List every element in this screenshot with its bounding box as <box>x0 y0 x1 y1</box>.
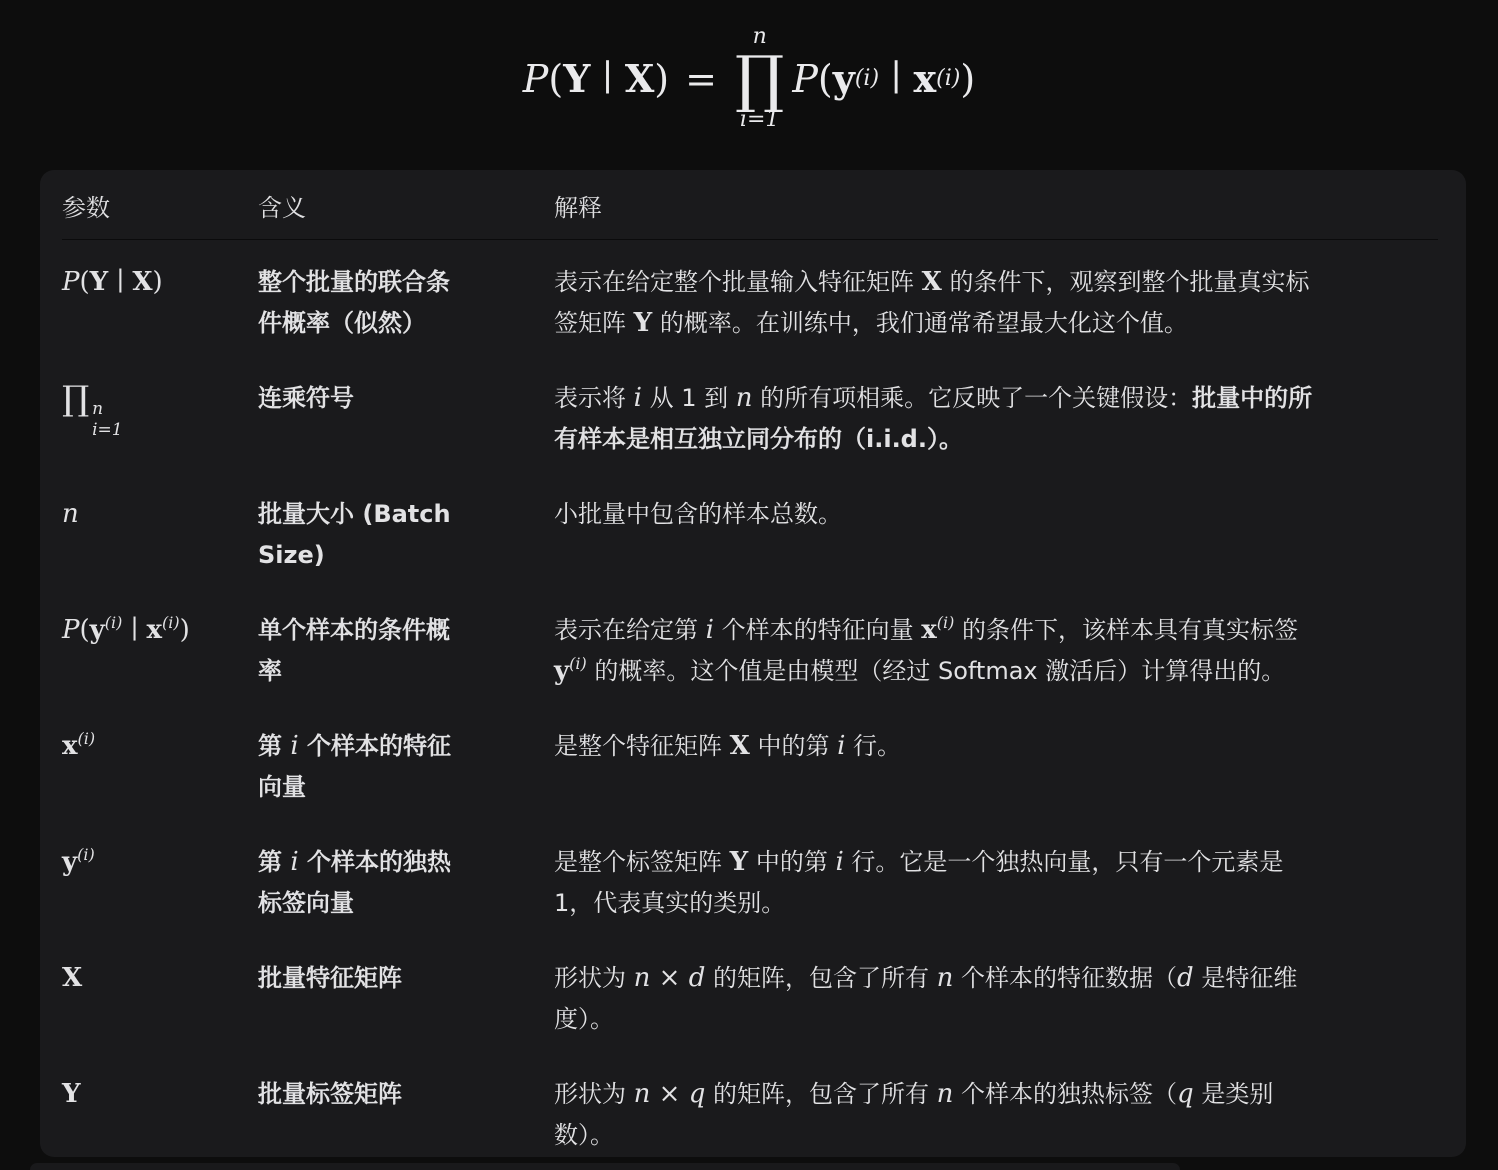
formula-paren: ( <box>548 60 563 98</box>
product-symbol: ∏ <box>735 50 784 109</box>
explanation-cell: 表示在给定整个批量输入特征矩阵 X 的条件下，观察到整个批量真实标签矩阵 Y 的… <box>554 240 1438 356</box>
param-cell: X <box>62 936 258 1052</box>
explanation-cell: 表示将 i 从 1 到 n 的所有项相乘。它反映了一个关键假设：批量中的所有样本… <box>554 356 1438 472</box>
column-header-meaning: 含义 <box>258 184 554 240</box>
meaning-cell: 第 i 个样本的独热标签向量 <box>258 820 554 936</box>
meaning-cell: 第 i 个样本的特征向量 <box>258 704 554 820</box>
formula-Y: Y <box>563 60 590 98</box>
formula-paren: ) <box>960 60 975 98</box>
explanation-cell: 是整个标签矩阵 Y 中的第 i 行。它是一个独热向量，只有一个元素是 1，代表真… <box>554 820 1438 936</box>
meaning-cell: 连乘符号 <box>258 356 554 472</box>
meaning-cell: 整个批量的联合条件概率（似然） <box>258 240 554 356</box>
formula-equals: = <box>685 60 717 98</box>
param-cell: x(i) <box>62 704 258 820</box>
explanation-cell: 形状为 n × d 的矩阵，包含了所有 n 个样本的特征数据（d 是特征维度）。 <box>554 936 1438 1052</box>
next-block-top-edge <box>30 1163 1180 1170</box>
formula-X: X <box>625 60 654 98</box>
parameter-table: 参数 含义 解释 P(Y ∣ X) 整个批量的联合条件概率（似然） 表示在给定整… <box>62 184 1438 1157</box>
meaning-cell: 单个样本的条件概率 <box>258 588 554 704</box>
param-cell: y(i) <box>62 820 258 936</box>
formula-mid-bar: ∣ <box>602 61 612 97</box>
explanation-cell: 表示在给定第 i 个样本的特征向量 x(i) 的条件下，该样本具有真实标签 y(… <box>554 588 1438 704</box>
param-cell: P(y(i) ∣ x(i)) <box>62 588 258 704</box>
column-header-explanation: 解释 <box>554 184 1438 240</box>
column-header-param: 参数 <box>62 184 258 240</box>
param-cell: Y <box>62 1052 258 1157</box>
parameter-table-panel: 参数 含义 解释 P(Y ∣ X) 整个批量的联合条件概率（似然） 表示在给定整… <box>40 170 1466 1157</box>
meaning-cell: 批量标签矩阵 <box>258 1052 554 1157</box>
param-cell: ∏ni=1 <box>62 356 258 472</box>
formula-P: P <box>523 60 549 98</box>
explanation-cell: 是整个特征矩阵 X 中的第 i 行。 <box>554 704 1438 820</box>
formula-mid-bar: ∣ <box>891 61 901 97</box>
formula-paren: ) <box>654 60 669 98</box>
param-cell: P(Y ∣ X) <box>62 240 258 356</box>
meaning-cell: 批量特征矩阵 <box>258 936 554 1052</box>
batch-likelihood-formula: P(Y∣X) = n ∏ i=1 P(y(i)∣x(i)) <box>523 25 975 132</box>
param-cell: n <box>62 472 258 588</box>
product-operator: n ∏ i=1 <box>735 25 784 132</box>
formula-P: P <box>792 60 818 98</box>
product-lower-limit: i=1 <box>740 108 779 132</box>
formula-x-vec: x <box>914 60 937 98</box>
meaning-cell: 批量大小 (Batch Size) <box>258 472 554 588</box>
formula-section: P(Y∣X) = n ∏ i=1 P(y(i)∣x(i)) <box>0 0 1498 158</box>
explanation-cell: 小批量中包含的样本总数。 <box>554 472 1438 588</box>
formula-paren: ( <box>818 60 833 98</box>
formula-y-vec: y <box>833 60 855 98</box>
explanation-cell: 形状为 n × q 的矩阵，包含了所有 n 个样本的独热标签（q 是类别数）。 <box>554 1052 1438 1157</box>
